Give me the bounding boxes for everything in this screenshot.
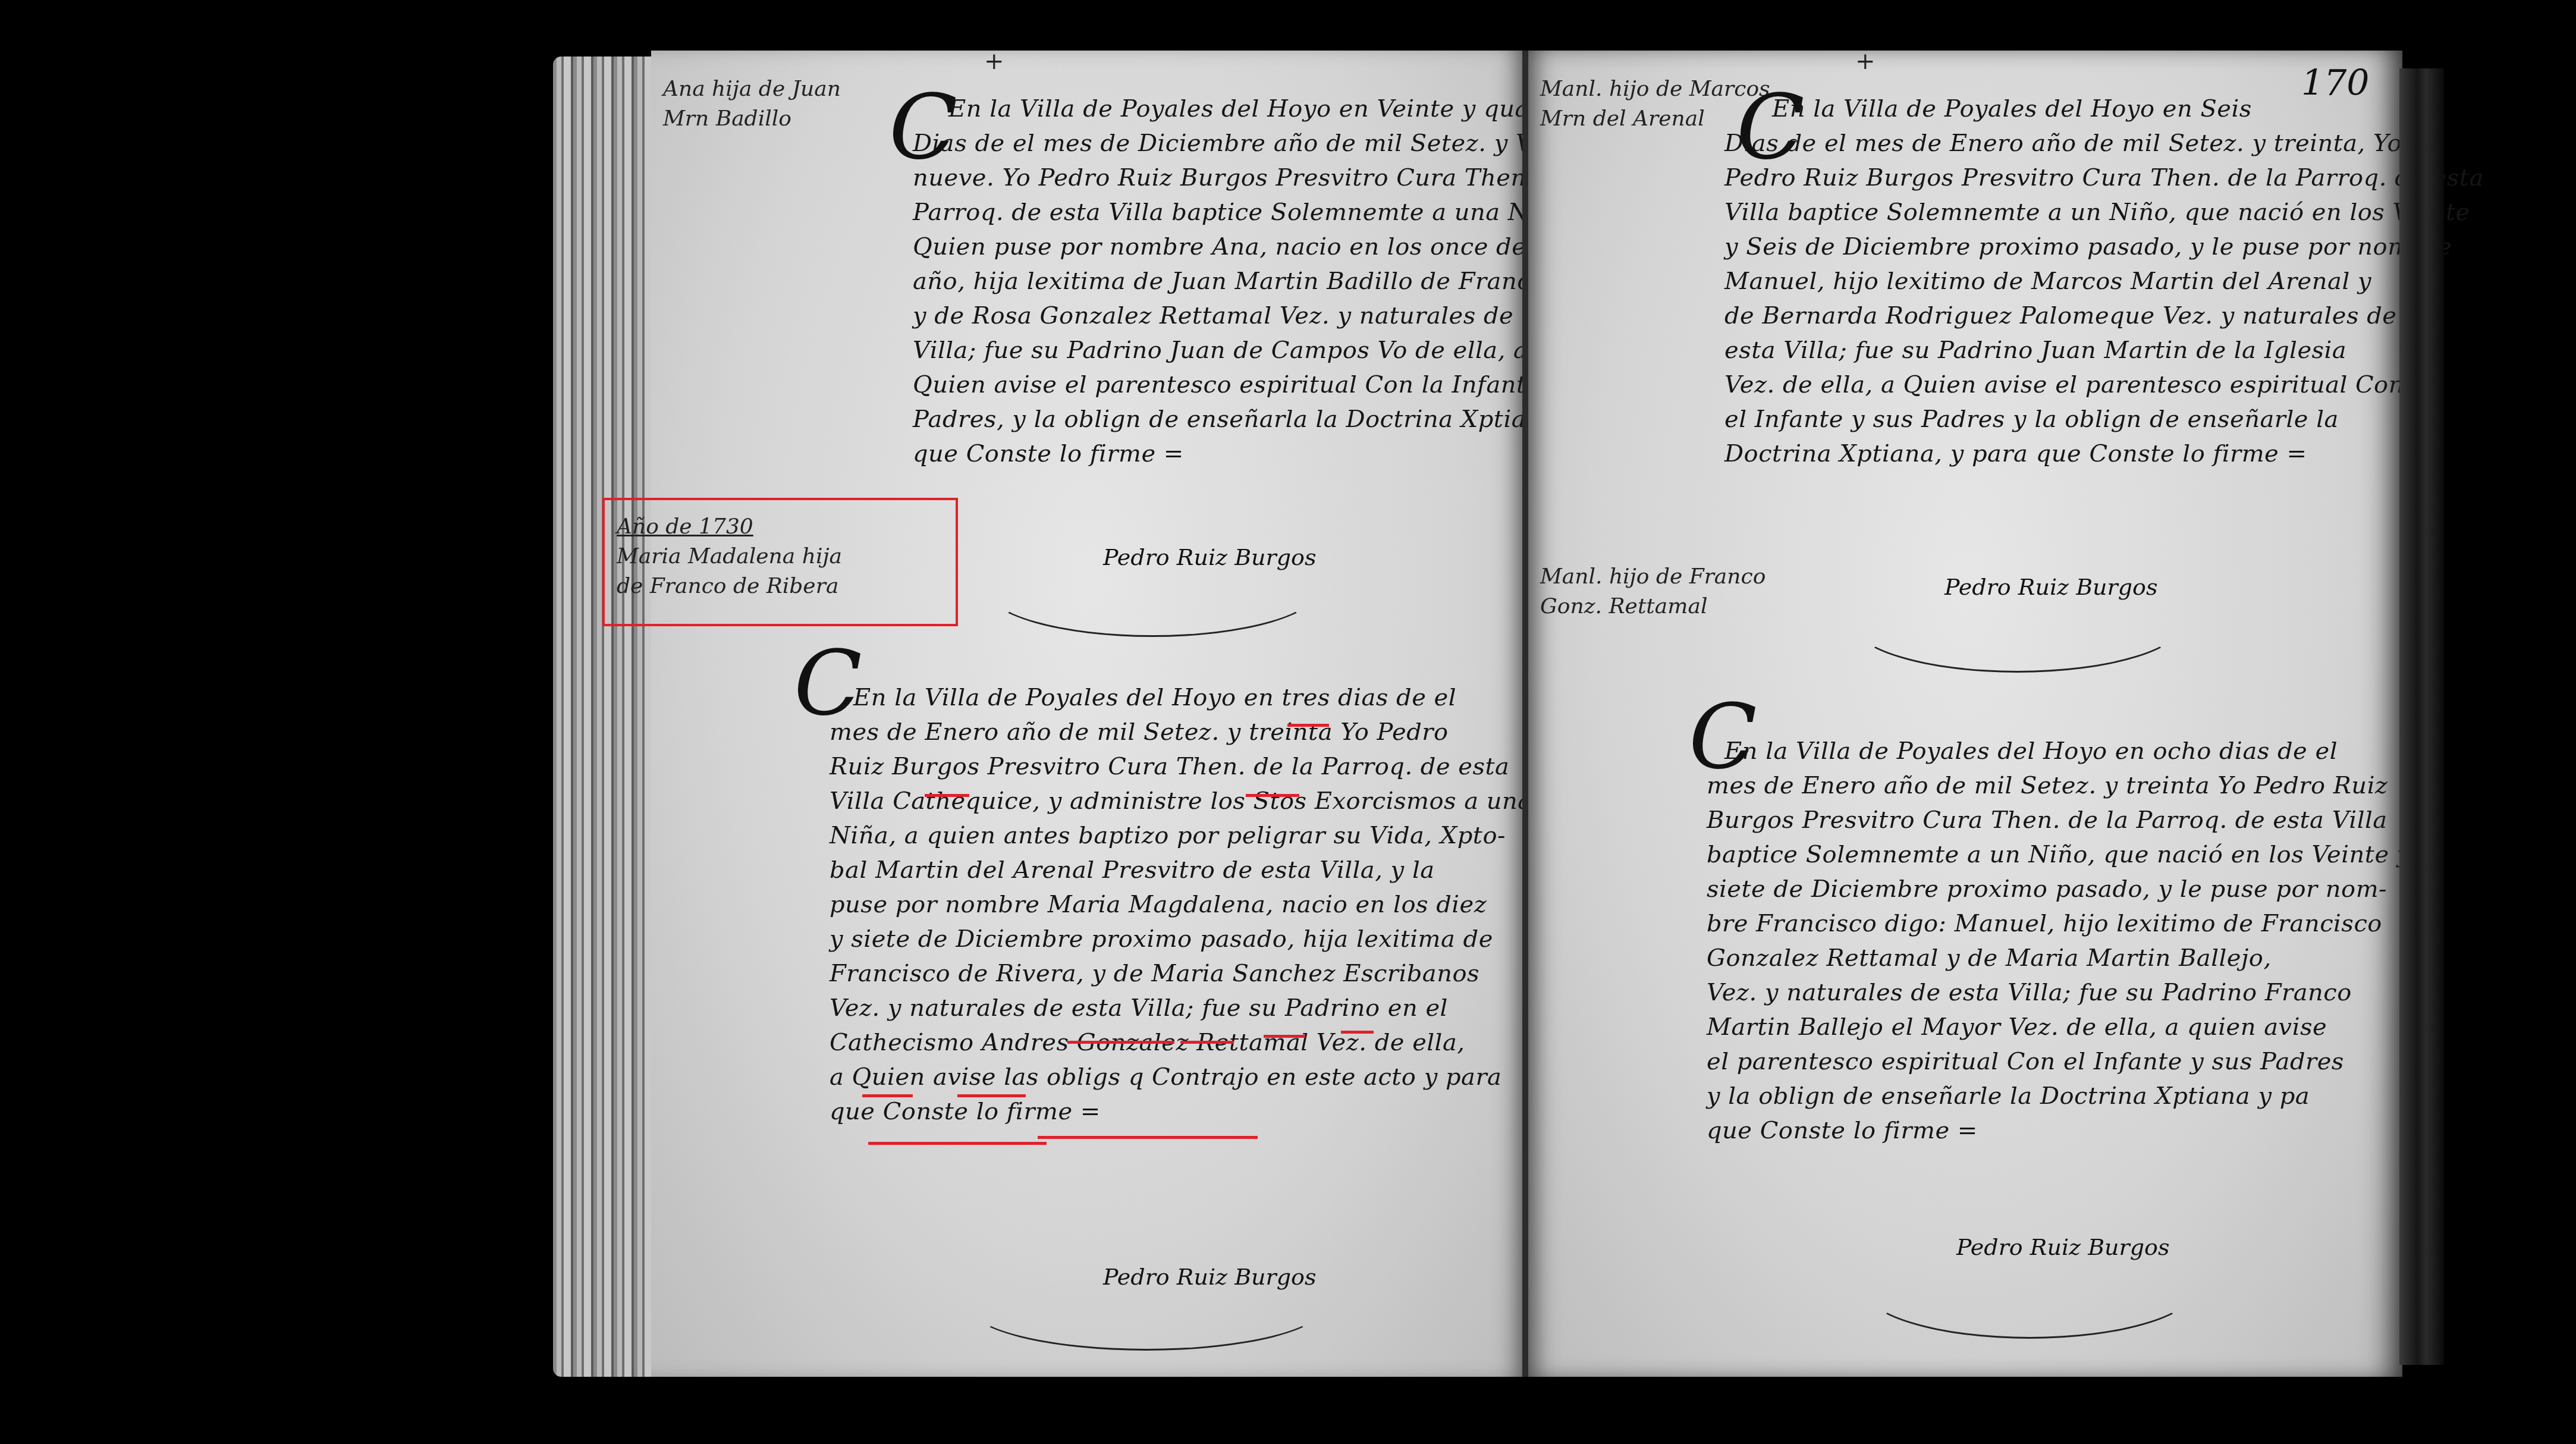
red-underline-treinta — [1246, 794, 1299, 797]
margin-line: Mrn Badillo — [663, 104, 841, 134]
margin-line: de Franco de Ribera — [617, 572, 842, 601]
margin-note-ana: Ana hija de Juan Mrn Badillo — [663, 74, 841, 134]
cross-mark-icon: + — [1855, 48, 1876, 75]
red-underline-diciembre — [957, 1094, 1026, 1097]
margin-note-maria-magdalena: Año de 1730 Maria Madalena hija de Franc… — [617, 512, 842, 601]
red-underline-enero — [925, 794, 969, 797]
signature-flourish — [1861, 1234, 2198, 1339]
year-heading: Año de 1730 — [617, 512, 842, 542]
margin-note-manuel-rettamal: Manl. hijo de Franco Gonz. Rettamal — [1540, 562, 1765, 621]
margin-line: Gonz. Rettamal — [1540, 592, 1765, 621]
entry-manuel-arenal-baptism: En la Villa de Poyales del Hoyo en Seis … — [1724, 80, 2484, 482]
entry-line: Doctrina Xptiana, y para que Conste lo f… — [1724, 425, 2484, 482]
right-page: 170 Manl. hijo de Marcos Mrn del Arenal … — [1528, 51, 2402, 1377]
red-underline-tres — [1287, 724, 1329, 727]
margin-line: Maria Madalena hija — [617, 542, 842, 572]
margin-line: Manl. hijo de Franco — [1540, 562, 1765, 592]
entry-manuel-rettamal-baptism: En la Villa de Poyales del Hoyo en ocho … — [1707, 723, 2411, 1159]
red-underline-diez — [1341, 1031, 1374, 1034]
entry-maria-magdalena-baptism: En la Villa de Poyales del Hoyo en tres … — [830, 669, 1532, 1140]
signature-flourish — [966, 1258, 1327, 1351]
page-edges — [553, 56, 657, 1377]
red-underline-siete — [862, 1094, 913, 1097]
left-page: Ana hija de Juan Mrn Badillo + C En la V… — [651, 51, 1525, 1377]
red-underline-maria-sanchez-escribanos — [1038, 1136, 1258, 1139]
signature-flourish — [1849, 568, 2186, 673]
red-underline-maria — [1067, 1041, 1174, 1044]
red-underline-magdalena — [1180, 1041, 1234, 1044]
cross-mark-icon: + — [984, 48, 1004, 75]
red-underline-nacio — [1264, 1035, 1305, 1038]
signature-flourish — [984, 538, 1321, 637]
red-underline-francisco-de-rivera — [868, 1142, 1047, 1145]
right-book-edge — [2399, 68, 2444, 1365]
open-register-book: Ana hija de Juan Mrn Badillo + C En la V… — [553, 51, 2444, 1377]
margin-line: Ana hija de Juan — [663, 74, 841, 104]
highlighted-margin-note-box: Año de 1730 Maria Madalena hija de Franc… — [602, 498, 958, 626]
